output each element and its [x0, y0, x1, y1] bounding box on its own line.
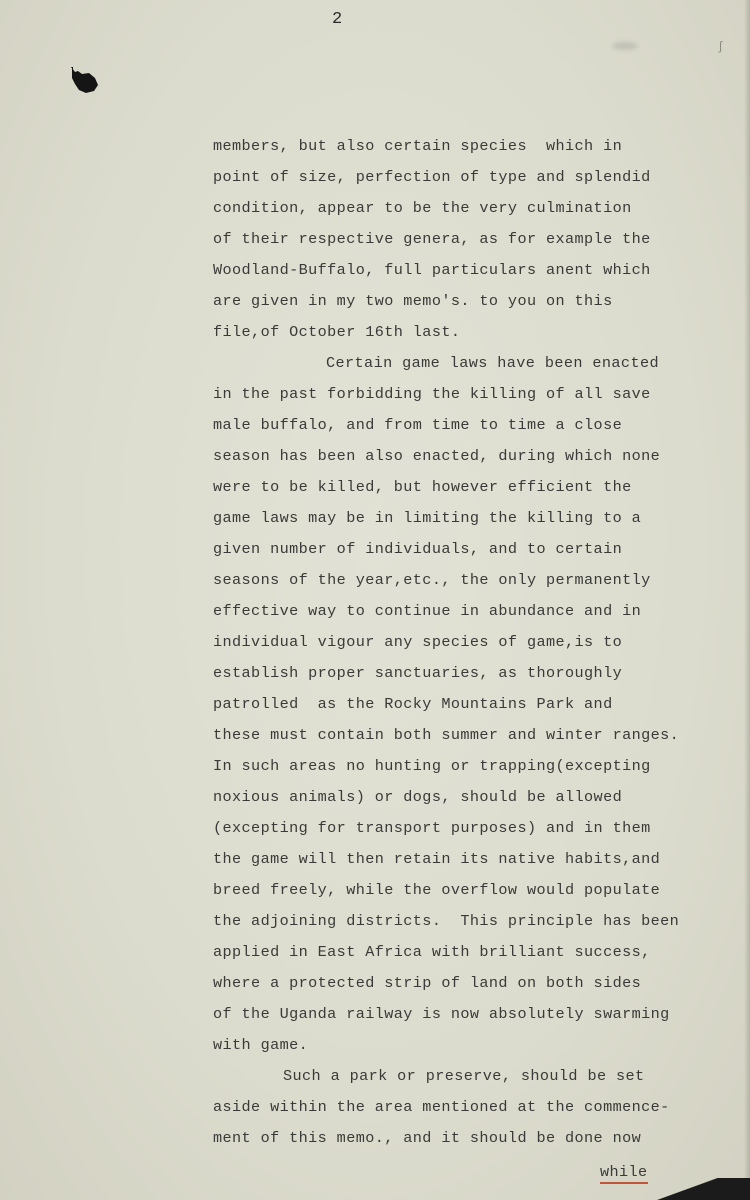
typewritten-body: members, but also certain species which … [213, 131, 683, 1154]
text-line: these must contain both summer and winte… [213, 720, 683, 751]
text-line: point of size, perfection of type and sp… [213, 162, 683, 193]
text-line: were to be killed, but however efficient… [213, 472, 683, 503]
text-line: season has been also enacted, during whi… [213, 441, 683, 472]
text-line: seasons of the year,etc., the only perma… [213, 565, 683, 596]
page-edge-shadow [744, 0, 750, 1200]
text-line: In such areas no hunting or trapping(exc… [213, 751, 683, 782]
text-line: noxious animals) or dogs, should be allo… [213, 782, 683, 813]
text-line: (excepting for transport purposes) and i… [213, 813, 683, 844]
text-line: the game will then retain its native hab… [213, 844, 683, 875]
margin-mark: ʃ [717, 40, 724, 54]
text-line: file,of October 16th last. [213, 317, 683, 348]
text-line: of the Uganda railway is now absolutely … [213, 999, 683, 1030]
text-line: Woodland-Buffalo, full particulars anent… [213, 255, 683, 286]
text-line: applied in East Africa with brilliant su… [213, 937, 683, 968]
text-line: breed freely, while the overflow would p… [213, 875, 683, 906]
text-line: of their respective genera, as for examp… [213, 224, 683, 255]
text-line: where a protected strip of land on both … [213, 968, 683, 999]
text-line: Certain game laws have been enacted [213, 348, 683, 379]
text-line: with game. [213, 1030, 683, 1061]
page-number: 2 [332, 10, 342, 29]
text-line: effective way to continue in abundance a… [213, 596, 683, 627]
text-line: members, but also certain species which … [213, 131, 683, 162]
smudge-mark [612, 42, 638, 50]
text-line: Such a park or preserve, should be set [213, 1061, 683, 1092]
text-line: male buffalo, and from time to time a cl… [213, 410, 683, 441]
document-page: 2 ʃ members, but also certain species wh… [0, 0, 750, 1200]
text-line: ment of this memo., and it should be don… [213, 1123, 683, 1154]
text-line: individual vigour any species of game,is… [213, 627, 683, 658]
text-line: in the past forbidding the killing of al… [213, 379, 683, 410]
text-line: condition, appear to be the very culmina… [213, 193, 683, 224]
text-line: game laws may be in limiting the killing… [213, 503, 683, 534]
text-line: are given in my two memo's. to you on th… [213, 286, 683, 317]
text-line: patrolled as the Rocky Mountains Park an… [213, 689, 683, 720]
text-line: aside within the area mentioned at the c… [213, 1092, 683, 1123]
text-line: establish proper sanctuaries, as thoroug… [213, 658, 683, 689]
text-line: the adjoining districts. This principle … [213, 906, 683, 937]
text-line: given number of individuals, and to cert… [213, 534, 683, 565]
page-corner-shadow [640, 1178, 750, 1200]
ink-blot-icon [69, 66, 99, 94]
